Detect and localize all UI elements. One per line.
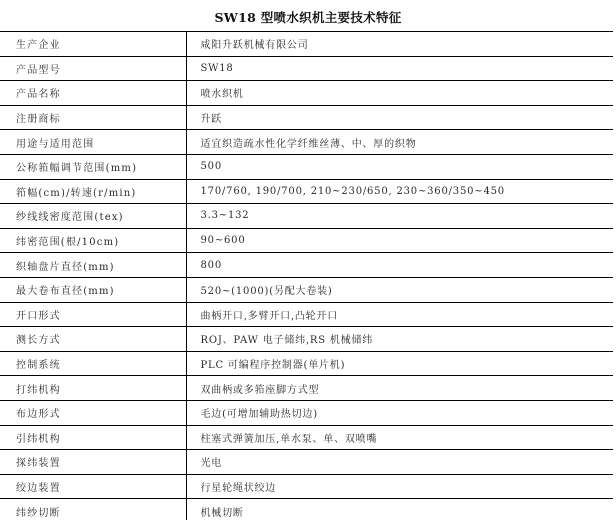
table-row: 绞边装置行星轮绳状绞边 (0, 474, 613, 499)
row-label: 产品名称 (0, 81, 186, 106)
row-value: 170/760, 190/700, 210~230/650, 230~360/3… (186, 179, 613, 204)
spec-table: 生产企业咸阳升跃机械有限公司 产品型号SW18 产品名称喷水织机 注册商标升跃 … (0, 31, 613, 520)
row-label: 纬密范围(根/10cm) (0, 228, 186, 253)
row-value: 3.3~132 (186, 204, 613, 229)
row-label: 公称筘幅调节范围(mm) (0, 154, 186, 179)
row-value: 光电 (186, 450, 613, 475)
row-label: 探纬装置 (0, 450, 186, 475)
row-value: 800 (186, 253, 613, 278)
row-label: 筘幅(cm)/转速(r/min) (0, 179, 186, 204)
table-row: 用途与适用范围适宜织造疏水性化学纤维丝薄、中、厚的织物 (0, 130, 613, 155)
row-value: 双曲柄或多筘座脚方式型 (186, 376, 613, 401)
row-label: 打纬机构 (0, 376, 186, 401)
row-value: SW18 (186, 56, 613, 81)
row-value: 曲柄开口,多臂开口,凸轮开口 (186, 302, 613, 327)
table-row: 探纬装置光电 (0, 450, 613, 475)
table-row: 控制系统PLC 可编程序控制器(单片机) (0, 351, 613, 376)
table-row: 开口形式曲柄开口,多臂开口,凸轮开口 (0, 302, 613, 327)
row-label: 最大卷布直径(mm) (0, 277, 186, 302)
row-value: 升跃 (186, 105, 613, 130)
row-label: 布边形式 (0, 400, 186, 425)
table-row: 筘幅(cm)/转速(r/min)170/760, 190/700, 210~23… (0, 179, 613, 204)
table-row: 公称筘幅调节范围(mm)500 (0, 154, 613, 179)
table-row: 产品名称喷水织机 (0, 81, 613, 106)
table-row: 布边形式毛边(可增加辅助热切边) (0, 400, 613, 425)
row-label: 纱线线密度范围(tex) (0, 204, 186, 229)
row-value: 毛边(可增加辅助热切边) (186, 400, 613, 425)
row-label: 产品型号 (0, 56, 186, 81)
row-label: 织轴盘片直径(mm) (0, 253, 186, 278)
row-label: 引纬机构 (0, 425, 186, 450)
row-label: 开口形式 (0, 302, 186, 327)
row-label: 纬纱切断 (0, 499, 186, 520)
table-row: 最大卷布直径(mm)520~(1000)(另配大卷装) (0, 277, 613, 302)
row-value: 咸阳升跃机械有限公司 (186, 32, 613, 57)
row-value: PLC 可编程序控制器(单片机) (186, 351, 613, 376)
table-row: 纬纱切断机械切断 (0, 499, 613, 520)
table-row: 注册商标升跃 (0, 105, 613, 130)
row-label: 测长方式 (0, 327, 186, 352)
row-value: 行星轮绳状绞边 (186, 474, 613, 499)
row-label: 注册商标 (0, 105, 186, 130)
row-value: 机械切断 (186, 499, 613, 520)
table-row: 测长方式ROJ、PAW 电子储纬,RS 机械储纬 (0, 327, 613, 352)
table-row: 纬密范围(根/10cm)90~600 (0, 228, 613, 253)
row-label: 用途与适用范围 (0, 130, 186, 155)
row-label: 生产企业 (0, 32, 186, 57)
row-value: 90~600 (186, 228, 613, 253)
table-row: 生产企业咸阳升跃机械有限公司 (0, 32, 613, 57)
row-value: 喷水织机 (186, 81, 613, 106)
row-value: 520~(1000)(另配大卷装) (186, 277, 613, 302)
table-row: 打纬机构双曲柄或多筘座脚方式型 (0, 376, 613, 401)
table-row: 纱线线密度范围(tex)3.3~132 (0, 204, 613, 229)
row-value: ROJ、PAW 电子储纬,RS 机械储纬 (186, 327, 613, 352)
row-label: 控制系统 (0, 351, 186, 376)
row-value: 柱塞式弹簧加压,单水泵、单、双喷嘴 (186, 425, 613, 450)
table-row: 织轴盘片直径(mm)800 (0, 253, 613, 278)
row-label: 绞边装置 (0, 474, 186, 499)
table-row: 引纬机构柱塞式弹簧加压,单水泵、单、双喷嘴 (0, 425, 613, 450)
table-row: 产品型号SW18 (0, 56, 613, 81)
row-value: 500 (186, 154, 613, 179)
table-title: SW18 型喷水织机主要技术特征 (0, 8, 616, 26)
row-value: 适宜织造疏水性化学纤维丝薄、中、厚的织物 (186, 130, 613, 155)
